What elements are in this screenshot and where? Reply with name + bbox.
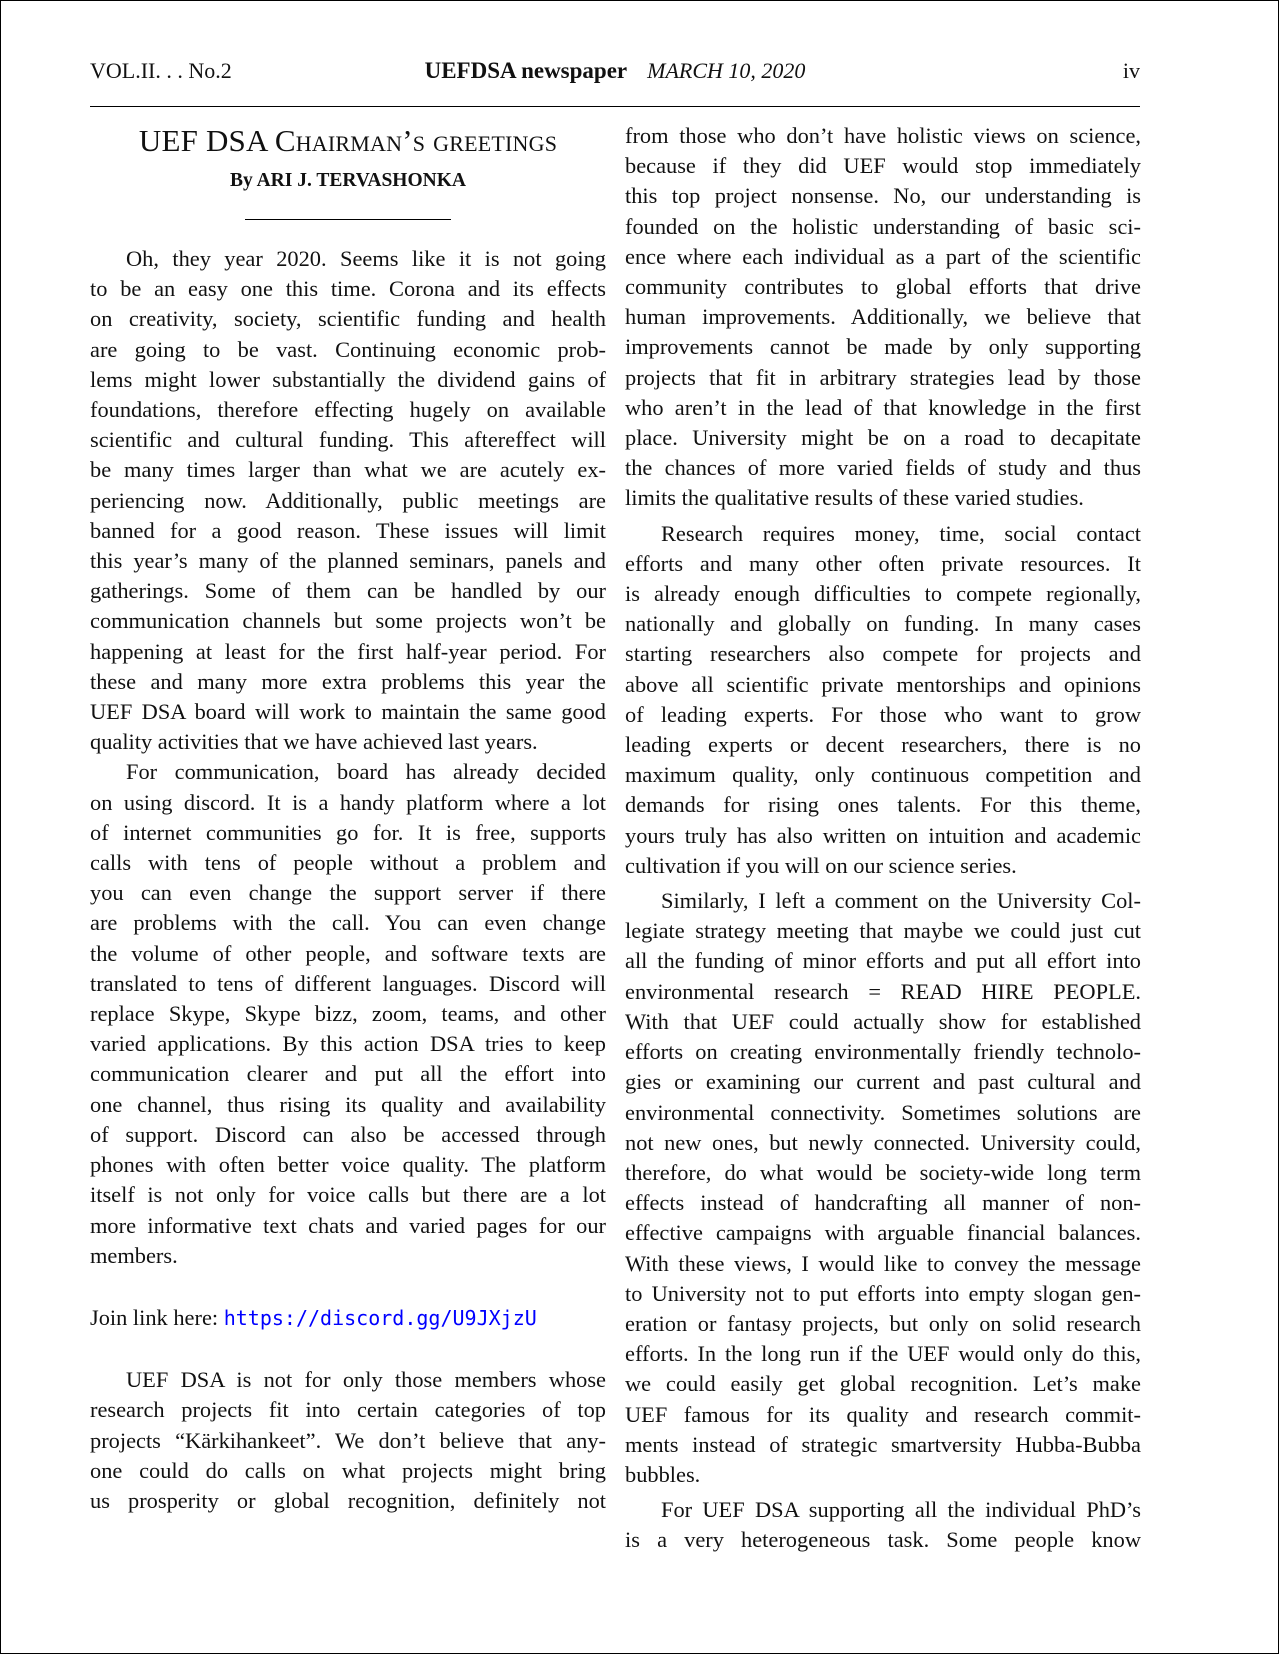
text-line: improvements cannot be made by only supp…: [625, 332, 1141, 362]
text-line: maximum quality, only continuous competi…: [625, 760, 1141, 790]
text-line: this year’s many of the planned seminars…: [90, 546, 606, 576]
discord-link[interactable]: https://discord.gg/U9JXjzU: [224, 1306, 537, 1330]
text-line: With these views, I would like to convey…: [625, 1249, 1141, 1279]
text-line: efforts on creating environmentally frie…: [625, 1037, 1141, 1067]
text-line: is a very heterogeneous task. Some peopl…: [625, 1525, 1141, 1555]
text-line: is already enough difficulties to compet…: [625, 579, 1141, 609]
text-line: Oh, they year 2020. Seems like it is not…: [90, 244, 606, 274]
join-link-paragraph: Join link here: https://discord.gg/U9JXj…: [90, 1303, 606, 1333]
text-line: eration or fantasy projects, but only on…: [625, 1309, 1141, 1339]
text-line: place. University might be on a road to …: [625, 423, 1141, 453]
title-prefix: UEF DSA: [139, 123, 275, 158]
text-line: UEF famous for its quality and research …: [625, 1400, 1141, 1430]
paragraph: Research requires money, time, social co…: [625, 519, 1141, 881]
text-line: are problems with the call. You can even…: [90, 908, 606, 938]
text-line: one could do calls on what projects migh…: [90, 1456, 606, 1486]
text-line: scientific and cultural funding. This af…: [90, 425, 606, 455]
text-line: UEF DSA is not for only those members wh…: [90, 1365, 606, 1395]
text-line: not new ones, but newly connected. Unive…: [625, 1128, 1141, 1158]
text-line: more informative text chats and varied p…: [90, 1211, 606, 1241]
masthead: UEFDSA newspaperMARCH 10, 2020: [90, 53, 1140, 89]
running-header: VOL.II. . . No.2 UEFDSA newspaperMARCH 1…: [90, 53, 1140, 89]
text-line: founded on the holistic understanding of…: [625, 212, 1141, 242]
text-line: of internet communities go for. It is fr…: [90, 818, 606, 848]
text-line: limits the qualitative results of these …: [625, 483, 1141, 513]
text-line: to University not to put efforts into em…: [625, 1279, 1141, 1309]
text-line: lems might lower substantially the divid…: [90, 365, 606, 395]
paragraph: Oh, they year 2020. Seems like it is not…: [90, 244, 606, 757]
text-line: quality activities that we have achieved…: [90, 727, 606, 757]
text-line: effects instead of handcrafting all mann…: [625, 1188, 1141, 1218]
text-line: the volume of other people, and software…: [90, 939, 606, 969]
paragraph: For communication, board has already dec…: [90, 757, 606, 1270]
text-line: from those who don’t have holistic views…: [625, 121, 1141, 151]
text-line: of support. Discord can also be accessed…: [90, 1120, 606, 1150]
text-line: of leading experts. For those who want t…: [625, 700, 1141, 730]
newspaper-page: VOL.II. . . No.2 UEFDSA newspaperMARCH 1…: [0, 0, 1279, 1654]
article-title: UEF DSA Chairman’s greetings: [90, 121, 606, 161]
byline: By ARI J. TERVASHONKA: [90, 169, 606, 193]
text-line: projects “Kärkihankeet”. We don’t believ…: [90, 1426, 606, 1456]
text-line: environmental research = READ HIRE PEOPL…: [625, 977, 1141, 1007]
text-line: yours truly has also written on intuitio…: [625, 821, 1141, 851]
text-line: varied applications. By this action DSA …: [90, 1029, 606, 1059]
text-line: gatherings. Some of them can be handled …: [90, 576, 606, 606]
text-line: who aren’t in the lead of that knowledge…: [625, 393, 1141, 423]
text-line: periencing now. Additionally, public mee…: [90, 486, 606, 516]
text-line: therefore, do what would be society-wide…: [625, 1158, 1141, 1188]
text-line: the chances of more varied fields of stu…: [625, 453, 1141, 483]
text-line: phones with often better voice quality. …: [90, 1150, 606, 1180]
text-line: itself is not only for voice calls but t…: [90, 1180, 606, 1210]
text-line: human improvements. Additionally, we bel…: [625, 302, 1141, 332]
text-line: translated to tens of different language…: [90, 969, 606, 999]
text-line: demands for rising ones talents. For thi…: [625, 790, 1141, 820]
issue-date: MARCH 10, 2020: [647, 58, 805, 83]
text-line: members.: [90, 1241, 606, 1271]
text-line: this top project nonsense. No, our under…: [625, 181, 1141, 211]
text-line: happening at least for the first half-ye…: [90, 637, 606, 667]
page-number: iv: [1123, 53, 1140, 89]
left-column: UEF DSA Chairman’s greetings By ARI J. T…: [90, 121, 606, 1516]
text-line: we could easily get global recognition. …: [625, 1369, 1141, 1399]
text-line: gies or examining our current and past c…: [625, 1067, 1141, 1097]
text-line: to be an easy one this time. Corona and …: [90, 274, 606, 304]
paragraph: UEF DSA is not for only those members wh…: [90, 1365, 606, 1516]
paper-name: UEFDSA newspaper: [425, 58, 628, 83]
text-line: With that UEF could actually show for es…: [625, 1007, 1141, 1037]
text-line: ments instead of strategic smartversity …: [625, 1430, 1141, 1460]
paragraph: from those who don’t have holistic views…: [625, 121, 1141, 514]
right-column: from those who don’t have holistic views…: [625, 121, 1141, 1556]
text-line: one channel, thus rising its quality and…: [90, 1090, 606, 1120]
text-line: bubbles.: [625, 1460, 1141, 1490]
text-line: environmental connectivity. Sometimes so…: [625, 1098, 1141, 1128]
text-line: leading experts or decent researchers, t…: [625, 730, 1141, 760]
text-line: Research requires money, time, social co…: [625, 519, 1141, 549]
text-line: communication channels but some projects…: [90, 606, 606, 636]
title-smallcaps: Chairman’s greetings: [275, 123, 557, 158]
text-line: efforts. In the long run if the UEF woul…: [625, 1339, 1141, 1369]
text-line: ence where each individual as a part of …: [625, 242, 1141, 272]
text-line: be many times larger than what we are ac…: [90, 455, 606, 485]
text-line: UEF DSA board will work to maintain the …: [90, 697, 606, 727]
text-line: For UEF DSA supporting all the individua…: [625, 1495, 1141, 1525]
text-line: Similarly, I left a comment on the Unive…: [625, 886, 1141, 916]
text-line: cultivation if you will on our science s…: [625, 851, 1141, 881]
text-line: all the funding of minor efforts and put…: [625, 946, 1141, 976]
text-line: banned for a good reason. These issues w…: [90, 516, 606, 546]
text-line: calls with tens of people without a prob…: [90, 848, 606, 878]
text-line: community contributes to global efforts …: [625, 272, 1141, 302]
text-line: For communication, board has already dec…: [90, 757, 606, 787]
text-line: starting researchers also compete for pr…: [625, 639, 1141, 669]
text-line: research projects fit into certain categ…: [90, 1395, 606, 1425]
text-line: above all scientific private mentorships…: [625, 670, 1141, 700]
header-divider: [90, 106, 1140, 107]
text-line: projects that fit in arbitrary strategie…: [625, 363, 1141, 393]
text-line: legiate strategy meeting that maybe we c…: [625, 916, 1141, 946]
text-line: communication clearer and put all the ef…: [90, 1059, 606, 1089]
text-line: us prosperity or global recognition, def…: [90, 1486, 606, 1516]
text-line: nationally and globally on funding. In m…: [625, 609, 1141, 639]
text-line: effective campaigns with arguable financ…: [625, 1218, 1141, 1248]
text-line: on using discord. It is a handy platform…: [90, 788, 606, 818]
text-line: these and many more extra problems this …: [90, 667, 606, 697]
byline-divider: [245, 219, 451, 220]
text-line: replace Skype, Skype bizz, zoom, teams, …: [90, 999, 606, 1029]
text-line: efforts and many other often private res…: [625, 549, 1141, 579]
join-label: Join link here:: [90, 1305, 224, 1330]
text-line: you can even change the support server i…: [90, 878, 606, 908]
text-line: because if they did UEF would stop immed…: [625, 151, 1141, 181]
text-line: are going to be vast. Continuing economi…: [90, 335, 606, 365]
text-line: on creativity, society, scientific fundi…: [90, 304, 606, 334]
paragraph: Similarly, I left a comment on the Unive…: [625, 886, 1141, 1490]
text-line: foundations, therefore effecting hugely …: [90, 395, 606, 425]
paragraph: For UEF DSA supporting all the individua…: [625, 1495, 1141, 1555]
